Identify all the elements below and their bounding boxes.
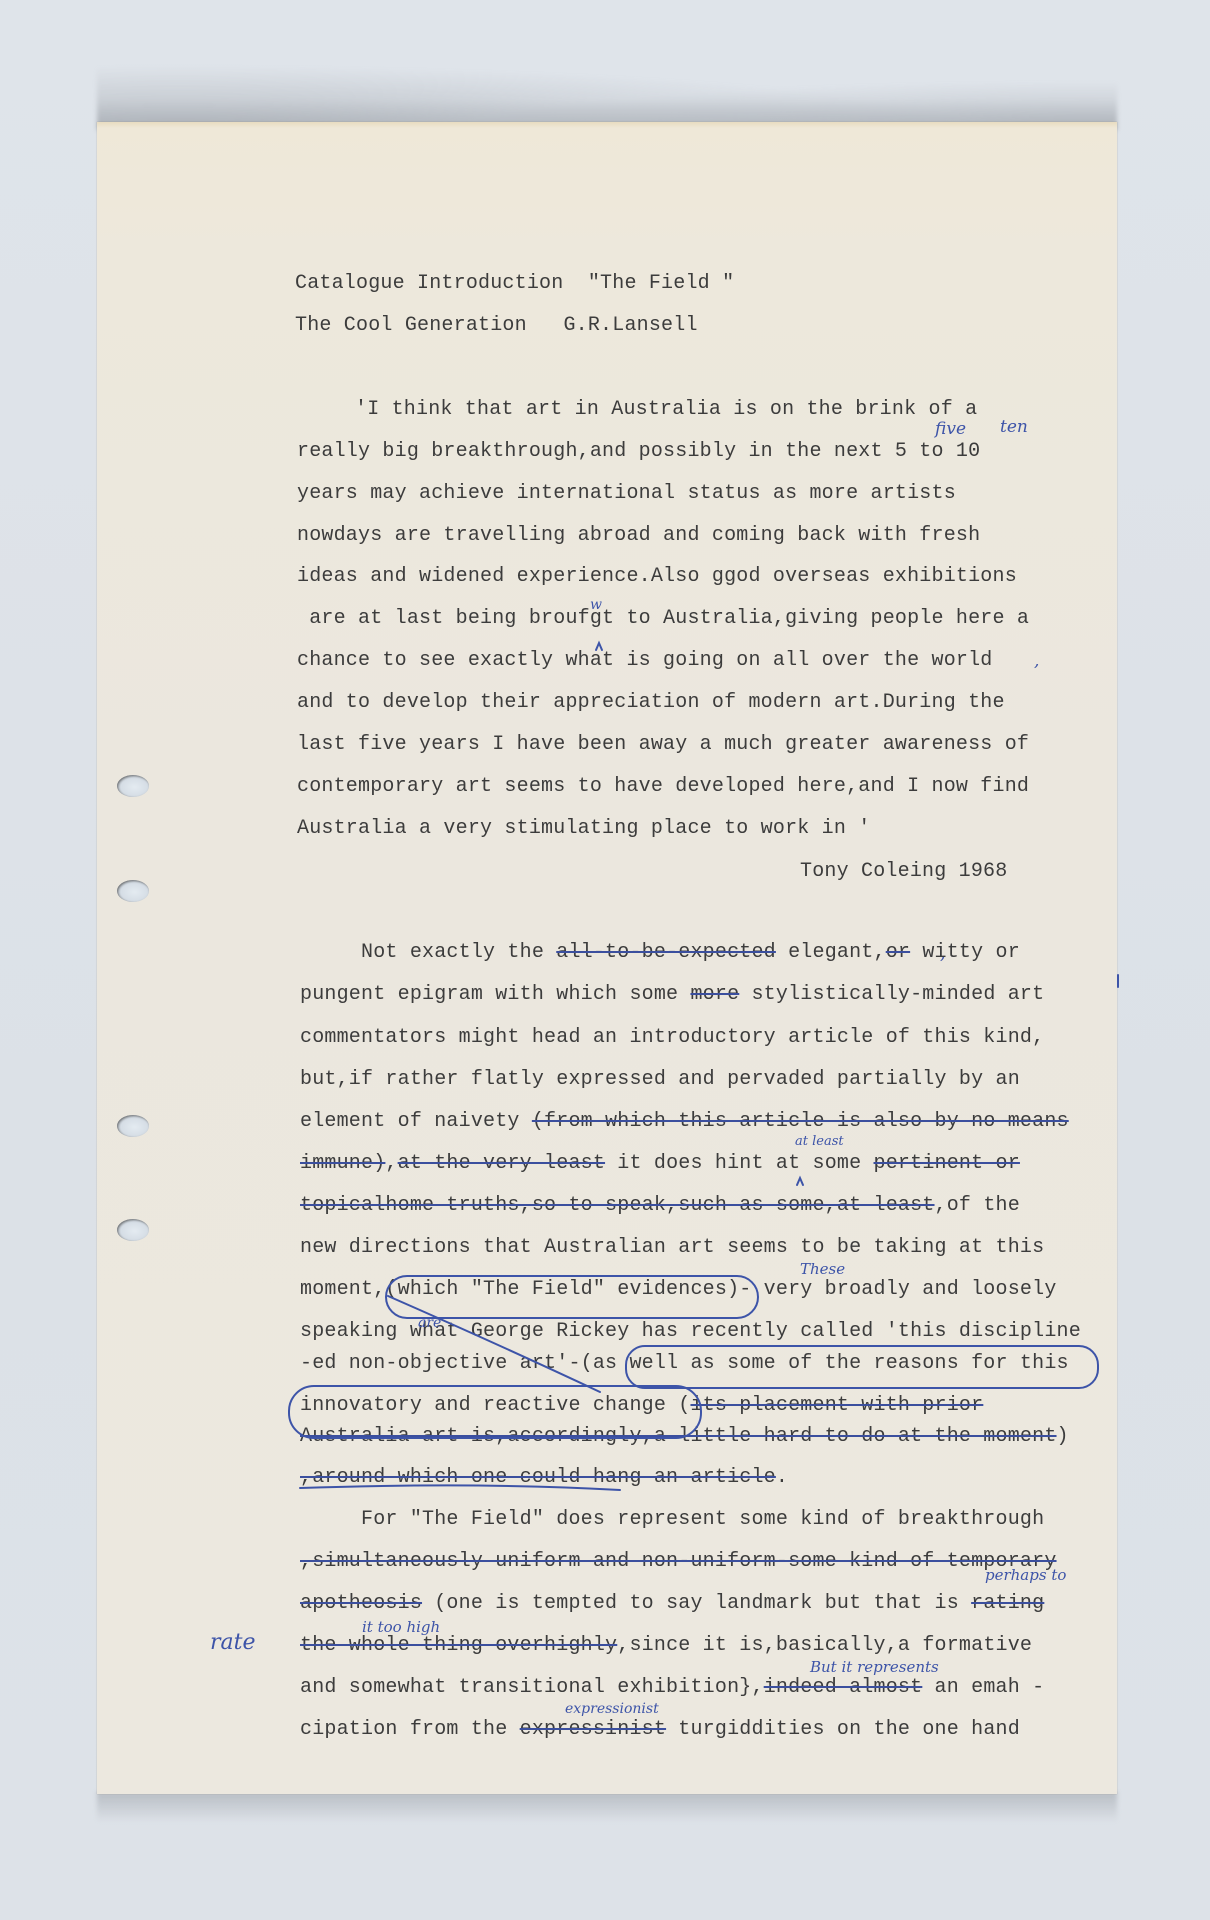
typed-text: turgiddities on the one hand [666,1718,1020,1741]
annotation-ten: ten [1000,418,1028,436]
typed-text: stylistically-minded art [739,983,1044,1006]
text-line: and somewhat transitional exhibition},in… [300,1676,1044,1700]
struck-text: at the very least [398,1152,605,1175]
typed-text: it does hint at some [605,1152,873,1175]
typed-text: (one is tempted to say landmark but that… [422,1592,971,1615]
annotation-five: five [935,420,966,438]
quote-attribution: Tony Coleing 1968 [800,860,1007,884]
typed-text: innovatory and reactive change [300,1394,666,1417]
text-line: topicalhome truths,so to speak,such as s… [300,1194,1020,1218]
typed-text: . [776,1466,788,1489]
typed-text: For "The Field" does represent some kind… [300,1508,1044,1531]
text-line: apotheosis (one is tempted to say landma… [300,1592,1044,1616]
struck-text: or [886,941,910,964]
text-line: For "The Field" does represent some kind… [300,1508,1044,1532]
struck-text: indeed almost [764,1676,923,1699]
quote-line: really big breakthrough,and possibly in … [297,440,980,464]
typed-text: -ed non-objective art'-(as well as some … [300,1352,1069,1375]
quote-line: 'I think that art in Australia is on the… [355,398,977,422]
struck-text: Australia art is,accordingly,a little ha… [300,1425,1057,1448]
struck-text: more [690,983,739,1006]
punch-hole [117,880,149,902]
typed-text: new directions that Australian art seems… [300,1236,1044,1259]
text-line: but,if rather flatly expressed and perva… [300,1068,1020,1092]
typed-text: ,since it is,basically,a formative [617,1634,1032,1657]
struck-text: topicalhome truths,so to speak,such as s… [300,1194,935,1217]
text-line: moment,(which "The Field" evidences)- ve… [300,1278,1057,1302]
typed-text: Not exactly the [300,941,556,964]
text-line: Australia art is,accordingly,a little ha… [300,1425,1069,1449]
annotation-elegant-comma: , [940,945,945,963]
struck-text: its placement with prior [690,1394,983,1417]
punch-hole [117,1219,149,1241]
annotation-at-least: at least [795,1133,844,1151]
quote-line: chance to see exactly what is going on a… [297,649,993,673]
typed-text: ,of the [935,1194,1020,1217]
struck-text: apotheosis [300,1592,422,1615]
quote-line: years may achieve international status a… [297,482,956,506]
punch-hole [117,1115,149,1137]
text-line: Not exactly the all-to-be-expected elega… [300,941,1020,965]
annotation-world-comma: , [1034,652,1039,670]
text-line: new directions that Australian art seems… [300,1236,1044,1260]
text-line: element of naivety (from which this arti… [300,1110,1069,1134]
annotation-perhaps-to: perhaps to [985,1566,1066,1584]
text-line: cipation from the expressinist turgiddit… [300,1718,1020,1742]
struck-text: ,simultaneously uniform and non-uniform-… [300,1550,1057,1573]
annotation-brought-w: w [590,596,602,614]
typed-text: and somewhat transitional exhibition}, [300,1676,764,1699]
struck-text: the whole thing overhighly [300,1634,617,1657]
quote-line: and to develop their appreciation of mod… [297,691,1005,715]
annotation-expressionist: expressionist [565,1700,659,1718]
quote-line: Australia a very stimulating place to wo… [297,817,871,841]
typed-text: cipation from the [300,1718,520,1741]
text-line: ,simultaneously uniform and non-uniform-… [300,1550,1057,1574]
typed-text: but,if rather flatly expressed and perva… [300,1068,1020,1091]
document-subtitle: The Cool Generation G.R.Lansell [295,314,698,338]
annotation-these: These [800,1260,845,1278]
annotation-it-too-high: it too high [362,1618,440,1636]
typed-text: ) [1057,1425,1069,1448]
typed-text: ( [666,1394,690,1417]
annotation-are: are [418,1314,441,1332]
struck-text: rating [971,1592,1044,1615]
text-line: pungent epigram with which some more sty… [300,983,1044,1007]
struck-text: all-to-be-expected [556,941,776,964]
quote-line: contemporary art seems to have developed… [297,775,1029,799]
quote-line: ideas and widened experience.Also ggod o… [297,565,1017,589]
paper-shadow-top [97,55,1117,130]
typed-text: moment,(which "The Field" evidences)- ve… [300,1278,1057,1301]
text-line: -ed non-objective art'-(as well as some … [300,1352,1069,1376]
annotation-rate: rate [210,1634,256,1652]
quote-line: last five years I have been away a much … [297,733,1029,757]
typed-text: pungent epigram with which some [300,983,690,1006]
struck-text: ,around which one could hang an article [300,1466,776,1489]
quote-line: are at last being broufgt to Australia,g… [297,607,1029,631]
paper-shadow-bottom [97,1792,1117,1822]
annotation-but-it-represents: But it represents [810,1658,939,1676]
typed-text: , [385,1152,397,1175]
typed-text: element of naivety [300,1110,532,1133]
typed-text: an emah - [922,1676,1044,1699]
text-line: innovatory and reactive change (its plac… [300,1394,983,1418]
document-title: Catalogue Introduction "The Field " [295,272,734,296]
text-line: immune),at the very least it does hint a… [300,1152,1020,1176]
typed-text: witty or [910,941,1020,964]
text-line: ,around which one could hang an article. [300,1466,788,1490]
quote-line: nowdays are travelling abroad and coming… [297,524,980,548]
struck-text: expressinist [520,1718,666,1741]
struck-text: (from which this article is also by no m… [532,1110,1069,1133]
struck-text: immune) [300,1152,385,1175]
text-line: commentators might head an introductory … [300,1026,1044,1050]
struck-text: pertinent or [874,1152,1020,1175]
typed-text: commentators might head an introductory … [300,1026,1044,1049]
typed-text: elegant, [776,941,886,964]
text-line: the whole thing overhighly,since it is,b… [300,1634,1032,1658]
punch-hole [117,775,149,797]
